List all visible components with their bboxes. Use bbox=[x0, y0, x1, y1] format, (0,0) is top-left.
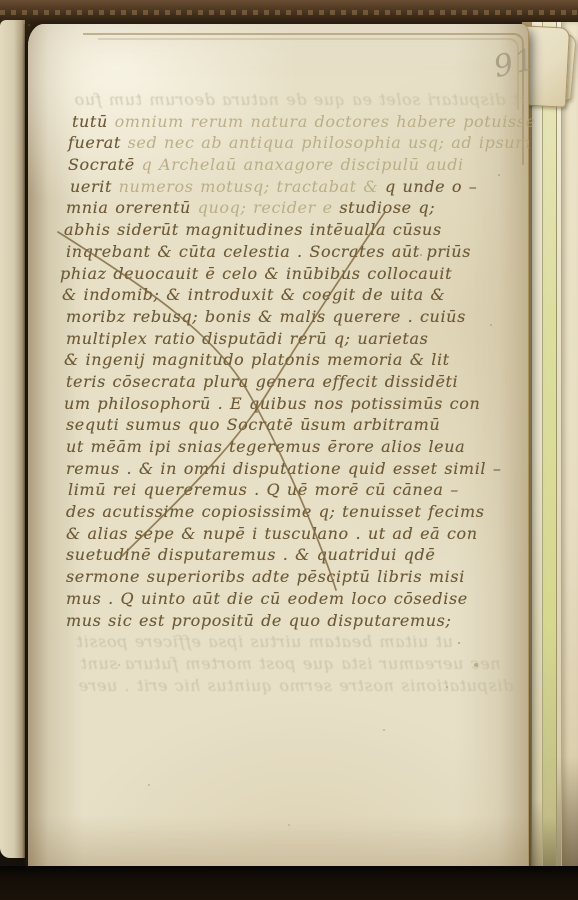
manuscript-line: Socratē q Archelaū anaxagore discipulū a… bbox=[68, 155, 418, 177]
photographed-manuscript-book: 91 et disputari solet ea que de natura d… bbox=[0, 0, 578, 900]
manuscript-line: inqrebant & cūta celestia . Socrates aūt… bbox=[66, 242, 418, 264]
manuscript-line: ut mēām ipi snias tegeremus ērore alios … bbox=[66, 437, 418, 459]
line-segment-ghost: disputationis nostre sermo quintus hic e… bbox=[78, 676, 513, 695]
manuscript-line: um philosophorū . E quibus nos potissimū… bbox=[64, 394, 418, 416]
line-segment-ink: studiose q; bbox=[339, 198, 435, 217]
manuscript-line: abhis siderūt magnitudines intēualla cūs… bbox=[64, 220, 418, 242]
line-segment-ink: mus . Q uinto aūt die cū eodem loco cōse… bbox=[66, 589, 468, 608]
manuscript-line: limū rei quereremus . Q uē morē cū cānea… bbox=[68, 480, 418, 502]
line-segment-ink: & alias sepe & nupē i tusculano . ut ad … bbox=[66, 524, 478, 543]
line-segment-ink: remus . & in omni disputatione quid esse… bbox=[66, 459, 501, 478]
manuscript-line: sermone superioribs adte pēsciptū libris… bbox=[66, 567, 418, 589]
manuscript-line: mnia orerentū quoq; recider e studiose q… bbox=[66, 198, 418, 220]
manuscript-page: 91 et disputari solet ea que de natura d… bbox=[28, 24, 529, 887]
manuscript-line: phiaz deuocauit ē celo & inūbibus colloc… bbox=[60, 264, 418, 286]
line-segment-ink: tutū bbox=[72, 112, 115, 131]
line-segment-faded: q Archelaū anaxagore discipulū audi bbox=[142, 155, 464, 174]
line-segment-ink: moribz rebusq; bonis & malis querere . c… bbox=[66, 307, 466, 326]
line-segment-ink: & indomib; & introduxit & coegit de uita… bbox=[62, 285, 445, 304]
manuscript-line: et disputari solet ea que de natura deor… bbox=[74, 90, 418, 112]
leaf-edge-strip bbox=[531, 22, 542, 886]
manuscript-line: mus sic est propositū de quo disputaremu… bbox=[66, 611, 418, 633]
line-segment-ink: sermone superioribs adte pēsciptū libris… bbox=[66, 567, 465, 586]
manuscript-line: disputationis nostre sermo quintus hic e… bbox=[78, 676, 418, 698]
line-segment-ink: fuerat bbox=[68, 133, 128, 152]
manuscript-line: suetudinē disputaremus . & quatridui qdē bbox=[66, 545, 418, 567]
line-segment-ink: um philosophorū . E quibus nos potissimū… bbox=[64, 394, 480, 413]
line-segment-ink: multiplex ratio disputādi rerū q; uariet… bbox=[66, 329, 428, 348]
manuscript-line: remus . & in omni disputatione quid esse… bbox=[66, 459, 418, 481]
manuscript-line: uerit numeros motusq; tractabat & q unde… bbox=[70, 177, 418, 199]
line-segment-ink: q unde o – bbox=[385, 177, 477, 196]
line-segment-ink: limū rei quereremus . Q uē morē cū cānea… bbox=[68, 480, 459, 499]
manuscript-line: & ingenij magnitudo platonis memoria & l… bbox=[64, 350, 418, 372]
line-segment-ink: des acutissime copiosissime q; tenuisset… bbox=[66, 502, 485, 521]
line-segment-faded: quoq; recider e bbox=[198, 198, 340, 217]
manuscript-line: mus . Q uinto aūt die cū eodem loco cōse… bbox=[66, 589, 418, 611]
line-segment-ink: phiaz deuocauit ē celo & inūbibus colloc… bbox=[60, 264, 452, 283]
manuscript-line: teris cōsecrata plura genera effecit dis… bbox=[66, 372, 418, 394]
line-segment-ghost: ut uitam beatam uirtus ipsa efficere pos… bbox=[76, 632, 453, 651]
manuscript-line: multiplex ratio disputādi rerū q; uariet… bbox=[66, 329, 418, 351]
line-segment-ink: abhis siderūt magnitudines intēualla cūs… bbox=[64, 220, 442, 239]
manuscript-line: & indomib; & introduxit & coegit de uita… bbox=[62, 285, 418, 307]
line-segment-ink: ut mēām ipi snias tegeremus ērore alios … bbox=[66, 437, 465, 456]
leaf-edge-strip bbox=[561, 22, 578, 886]
line-segment-ink: Socratē bbox=[68, 155, 142, 174]
cover-tooling-line bbox=[0, 10, 578, 15]
line-segment-ink: inqrebant & cūta celestia . Socrates aūt… bbox=[66, 242, 471, 261]
line-segment-ink: sequti sumus quo Socratē ūsum arbitramū bbox=[66, 415, 440, 434]
leather-cover-bottom bbox=[0, 866, 578, 900]
line-segment-ink: mnia orerentū bbox=[66, 198, 198, 217]
line-segment-faded: numeros motusq; tractabat & bbox=[119, 177, 385, 196]
line-segment-ink: teris cōsecrata plura genera effecit dis… bbox=[66, 372, 458, 391]
leaf-edge-strip-green bbox=[542, 22, 556, 886]
ink-speckles bbox=[28, 24, 30, 26]
facing-page-edge bbox=[0, 20, 25, 858]
line-segment-ink: mus sic est propositū de quo disputaremu… bbox=[66, 611, 451, 630]
manuscript-line: fuerat sed nec ab antiqua philosophia us… bbox=[68, 133, 418, 155]
text-block: et disputari solet ea que de natura deor… bbox=[66, 90, 418, 697]
manuscript-line: ut uitam beatam uirtus ipsa efficere pos… bbox=[76, 632, 418, 654]
line-segment-ghost: et disputari solet ea que de natura deor… bbox=[74, 90, 529, 109]
line-segment-ink: uerit bbox=[70, 177, 119, 196]
manuscript-line: tutū omnium rerum natura doctores habere… bbox=[72, 112, 418, 134]
line-segment-ghost: nec uereamur ista que post mortem futura… bbox=[80, 654, 501, 673]
manuscript-line: moribz rebusq; bonis & malis querere . c… bbox=[66, 307, 418, 329]
manuscript-line: des acutissime copiosissime q; tenuisset… bbox=[66, 502, 418, 524]
manuscript-line: & alias sepe & nupē i tusculano . ut ad … bbox=[66, 524, 418, 546]
manuscript-line: nec uereamur ista que post mortem futura… bbox=[80, 654, 418, 676]
line-segment-ink: suetudinē disputaremus . & quatridui qdē bbox=[66, 545, 435, 564]
line-segment-faded: sed nec ab antiqua philosophia usq; ad i… bbox=[128, 133, 531, 152]
line-segment-ink: & ingenij magnitudo platonis memoria & l… bbox=[64, 350, 450, 369]
line-segment-faded: omnium rerum natura doctores habere potu… bbox=[115, 112, 536, 131]
manuscript-line: sequti sumus quo Socratē ūsum arbitramū bbox=[66, 415, 418, 437]
